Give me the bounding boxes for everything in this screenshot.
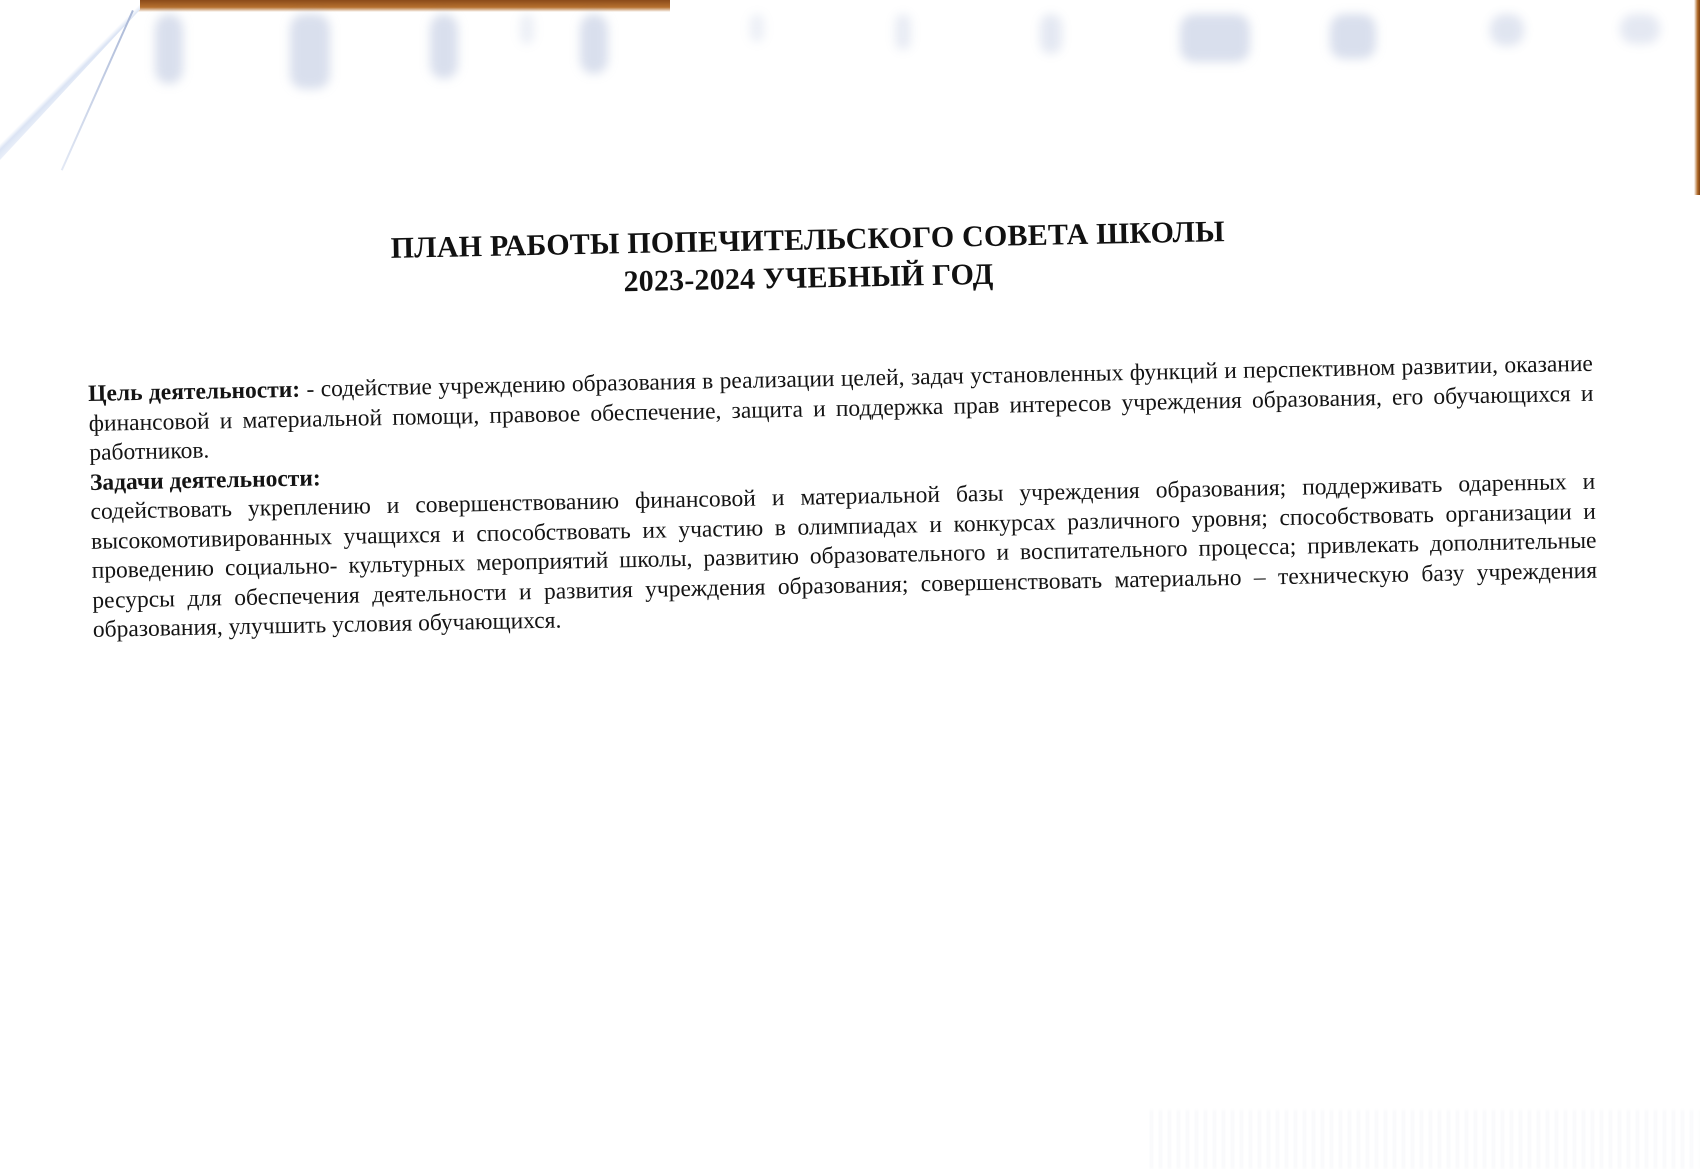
tasks-paragraph: содействовать укреплению и совершенствов… <box>90 468 1598 646</box>
document-page: ПЛАН РАБОТЫ ПОПЕЧИТЕЛЬСКОГО СОВЕТА ШКОЛЫ… <box>85 206 1598 646</box>
tasks-label: Задачи деятельности: <box>90 465 321 496</box>
bleed-through-text-top <box>0 14 1700 94</box>
document-body: Цель деятельности: - содействие учрежден… <box>88 350 1598 646</box>
photo-of-document: ПЛАН РАБОТЫ ПОПЕЧИТЕЛЬСКОГО СОВЕТА ШКОЛЫ… <box>0 0 1700 1169</box>
goal-label: Цель деятельности: <box>88 377 300 407</box>
tasks-text: содействовать укреплению и совершенствов… <box>90 469 1597 643</box>
wooden-desk-edge-top <box>130 0 670 12</box>
bleed-through-text-bottom <box>1150 1110 1700 1169</box>
document-title: ПЛАН РАБОТЫ ПОПЕЧИТЕЛЬСКОГО СОВЕТА ШКОЛЫ… <box>85 206 1591 312</box>
